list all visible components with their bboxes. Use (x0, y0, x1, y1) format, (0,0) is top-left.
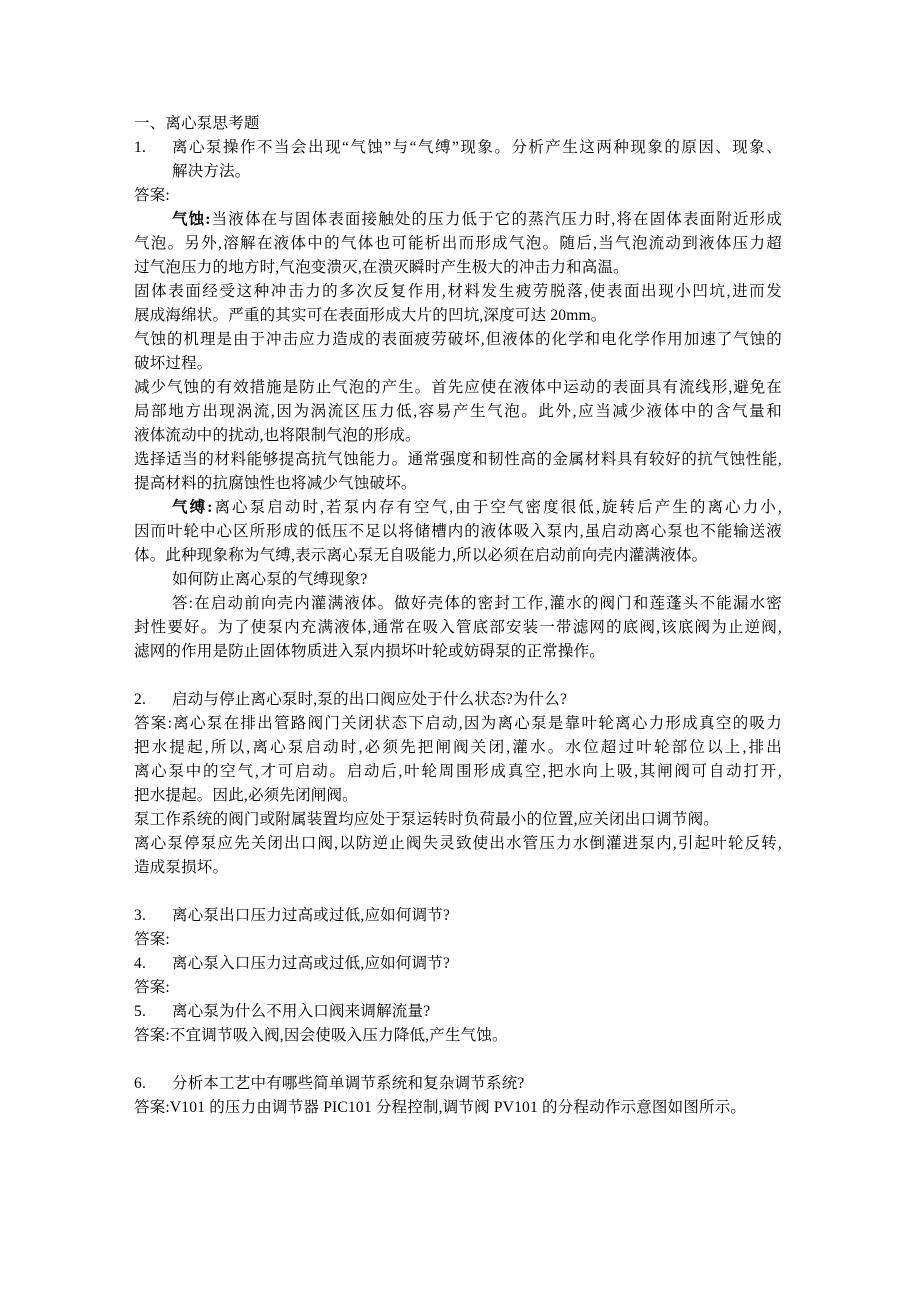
question-text: 离心泵入口压力过高或过低,应如何调节? (172, 952, 782, 976)
question-line: 1.离心泵操作不当会出现“气蚀”与“气缚”现象。分析产生这两种现象的原因、现象、 (134, 136, 782, 160)
paragraph-line: 解决方法。 (134, 160, 782, 184)
question-number: 3. (134, 904, 172, 928)
paragraph-line: 液体流动中的扰动,也将限制气泡的形成。 (134, 424, 782, 448)
answer-label: 答案: (134, 184, 782, 208)
paragraph-line: 因而叶轮中心区所形成的低压不足以将储槽内的液体吸入泵内,虽启动离心泵也不能输送液 (134, 520, 782, 544)
document-page: 一、离心泵思考题1.离心泵操作不当会出现“气蚀”与“气缚”现象。分析产生这两种现… (0, 0, 920, 1302)
question-line: 4.离心泵入口压力过高或过低,应如何调节? (134, 952, 782, 976)
question-text: 离心泵操作不当会出现“气蚀”与“气缚”现象。分析产生这两种现象的原因、现象、 (172, 136, 782, 160)
paragraph-line: 固体表面经受这种冲击力的多次反复作用,材料发生疲劳脱落,使表面出现小凹坑,进而发 (134, 280, 782, 304)
definition-text: 当液体在与固体表面接触处的压力低于它的蒸汽压力时,将在固体表面附近形成 (211, 211, 782, 228)
paragraph-line: 气蚀的机理是由于冲击应力造成的表面疲劳破坏,但液体的化学和电化学作用加速了气蚀的 (134, 328, 782, 352)
paragraph-line: 离心泵中的空气,才可启动。启动后,叶轮周围形成真空,把水向上吸,其闸阀可自动打开… (134, 760, 782, 784)
definition-term: 气蚀: (172, 211, 211, 228)
question-number: 2. (134, 688, 172, 712)
question-number: 1. (134, 136, 172, 160)
paragraph-line: 把水提起。因此,必须先闭闸阀。 (134, 784, 782, 808)
paragraph-line: 把水提起,所以,离心泵启动时,必须先把闸阀关闭,灌水。水位超过叶轮部位以上,排出 (134, 736, 782, 760)
definition-text: 离心泵启动时,若泵内存有空气,由于空气密度很低,旋转后产生的离心力小, (213, 499, 782, 516)
paragraph-line: 如何防止离心泵的气缚现象? (134, 568, 782, 592)
paragraph-line: 减少气蚀的有效措施是防止气泡的产生。首先应使在液体中运动的表面具有流线形,避免在 (134, 376, 782, 400)
paragraph-line: 答案:离心泵在排出管路阀门关闭状态下启动,因为离心泵是靠叶轮离心力形成真空的吸力 (134, 712, 782, 736)
doc-heading: 一、离心泵思考题 (134, 112, 782, 136)
question-line: 5.离心泵为什么不用入口阀来调解流量? (134, 1000, 782, 1024)
question-text: 离心泵为什么不用入口阀来调解流量? (172, 1000, 782, 1024)
paragraph-line: 气缚:离心泵启动时,若泵内存有空气,由于空气密度很低,旋转后产生的离心力小, (134, 496, 782, 520)
paragraph-line: 选择适当的材料能够提高抗气蚀能力。通常强度和韧性高的金属材料具有较好的抗气蚀性能… (134, 448, 782, 472)
paragraph-line: 提高材料的抗腐蚀性也将减少气蚀破坏。 (134, 472, 782, 496)
paragraph-line: 破坏过程。 (134, 352, 782, 376)
paragraph-line: 局部地方出现涡流,因为涡流区压力低,容易产生气泡。此外,应当减少液体中的含气量和 (134, 400, 782, 424)
paragraph-line: 离心泵停泵应先关闭出口阀,以防逆止阀失灵致使出水管压力水倒灌进泵内,引起叶轮反转… (134, 832, 782, 856)
answer-label: 答案: (134, 976, 782, 1000)
paragraph-line: 过气泡压力的地方时,气泡变溃灭,在溃灭瞬时产生极大的冲击力和高温。 (134, 256, 782, 280)
paragraph-line: 造成泵损坏。 (134, 856, 782, 880)
document-content: 一、离心泵思考题1.离心泵操作不当会出现“气蚀”与“气缚”现象。分析产生这两种现… (134, 112, 782, 1120)
definition-term: 气缚: (172, 499, 213, 516)
question-number: 5. (134, 1000, 172, 1024)
paragraph-line: 泵工作系统的阀门或附属装置均应处于泵运转时负荷最小的位置,应关闭出口调节阀。 (134, 808, 782, 832)
paragraph-line: 答:在启动前向壳内灌满液体。做好壳体的密封工作,灌水的阀门和莲蓬头不能漏水密 (134, 592, 782, 616)
blank-line (134, 880, 782, 904)
question-line: 3.离心泵出口压力过高或过低,应如何调节? (134, 904, 782, 928)
paragraph-line: 答案:不宜调节吸入阀,因会使吸入压力降低,产生气蚀。 (134, 1024, 782, 1048)
blank-line (134, 664, 782, 688)
paragraph-line: 答案:V101 的压力由调节器 PIC101 分程控制,调节阀 PV101 的分… (134, 1096, 782, 1120)
question-line: 2.启动与停止离心泵时,泵的出口阀应处于什么状态?为什么? (134, 688, 782, 712)
blank-line (134, 1048, 782, 1072)
answer-label: 答案: (134, 928, 782, 952)
paragraph-line: 体。此种现象称为气缚,表示离心泵无自吸能力,所以必须在启动前向壳内灌满液体。 (134, 544, 782, 568)
paragraph-line: 滤网的作用是防止固体物质进入泵内损坏叶轮或妨碍泵的正常操作。 (134, 640, 782, 664)
question-text: 离心泵出口压力过高或过低,应如何调节? (172, 904, 782, 928)
question-text: 分析本工艺中有哪些简单调节系统和复杂调节系统? (172, 1072, 782, 1096)
question-line: 6.分析本工艺中有哪些简单调节系统和复杂调节系统? (134, 1072, 782, 1096)
question-text: 启动与停止离心泵时,泵的出口阀应处于什么状态?为什么? (172, 688, 782, 712)
paragraph-line: 封性要好。为了使泵内充满液体,通常在吸入管底部安装一带滤网的底阀,该底阀为止逆阀… (134, 616, 782, 640)
paragraph-line: 展成海绵状。严重的其实可在表面形成大片的凹坑,深度可达 20mm。 (134, 304, 782, 328)
paragraph-line: 气泡。另外,溶解在液体中的气体也可能析出而形成气泡。随后,当气泡流动到液体压力超 (134, 232, 782, 256)
paragraph-line: 气蚀:当液体在与固体表面接触处的压力低于它的蒸汽压力时,将在固体表面附近形成 (134, 208, 782, 232)
question-number: 4. (134, 952, 172, 976)
question-number: 6. (134, 1072, 172, 1096)
